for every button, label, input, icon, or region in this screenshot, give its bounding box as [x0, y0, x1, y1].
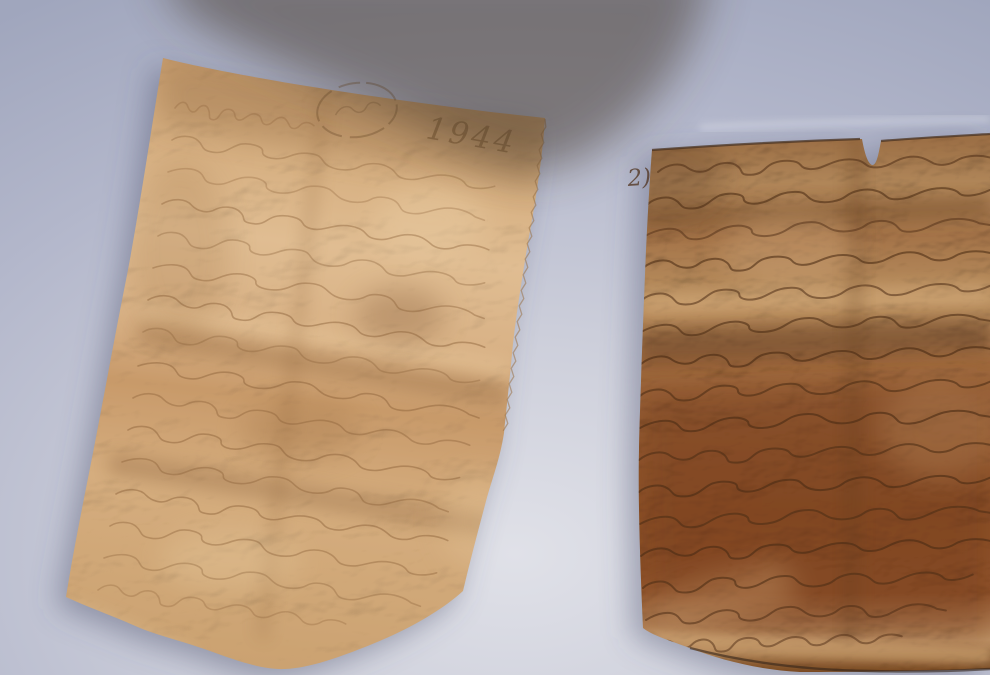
photo-two-old-letters: 1944 2) [0, 0, 990, 675]
right-letter: 2) [605, 134, 990, 672]
right-letter-page-number: 2) [626, 164, 652, 192]
right-letter-creases [605, 135, 990, 664]
